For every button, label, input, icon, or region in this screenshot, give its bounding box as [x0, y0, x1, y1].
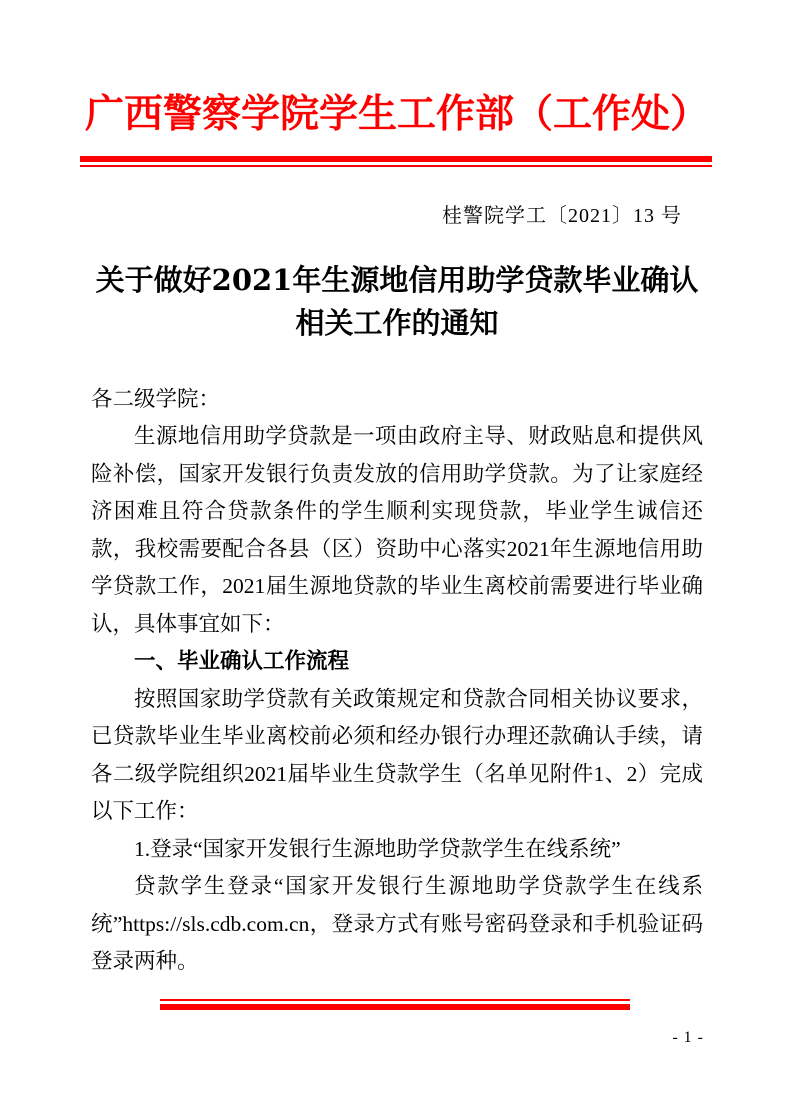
footer-divider-thick-line	[160, 1004, 630, 1010]
doc-title: 关于做好2021年生源地信用助学贷款毕业确认 相关工作的通知	[0, 259, 794, 345]
document-body: 各二级学院： 生源地信用助学贷款是一项由政府主导、财政贴息和提供风险补偿，国家开…	[91, 381, 703, 981]
doc-number: 桂警院学工〔2021〕13 号	[0, 203, 794, 229]
header-divider-thin-line	[80, 165, 712, 167]
paragraph-requirements: 按照国家助学贷款有关政策规定和贷款合同相关协议要求，已贷款毕业生毕业离校前必须和…	[91, 681, 703, 831]
document-page: 广西警察学院学生工作部（工作处） 桂警院学工〔2021〕13 号 关于做好202…	[0, 0, 794, 1108]
footer-divider	[160, 999, 630, 1010]
salutation: 各二级学院：	[91, 381, 703, 419]
paragraph-login-info: 贷款学生登录“国家开发银行生源地助学贷款学生在线系统”https://sls.c…	[91, 868, 703, 981]
masthead-title: 广西警察学院学生工作部（工作处）	[0, 88, 794, 140]
paragraph-intro: 生源地信用助学贷款是一项由政府主导、财政贴息和提供风险补偿，国家开发银行负责发放…	[91, 418, 703, 643]
doc-title-line2: 相关工作的通知	[0, 302, 794, 345]
section-heading-1: 一、毕业确认工作流程	[91, 643, 703, 681]
header-divider	[80, 156, 712, 167]
paragraph-step-1: 1.登录“国家开发银行生源地助学贷款学生在线系统”	[91, 831, 703, 869]
doc-title-line1: 关于做好2021年生源地信用助学贷款毕业确认	[0, 259, 794, 302]
page-number: - 1 -	[672, 1028, 704, 1048]
